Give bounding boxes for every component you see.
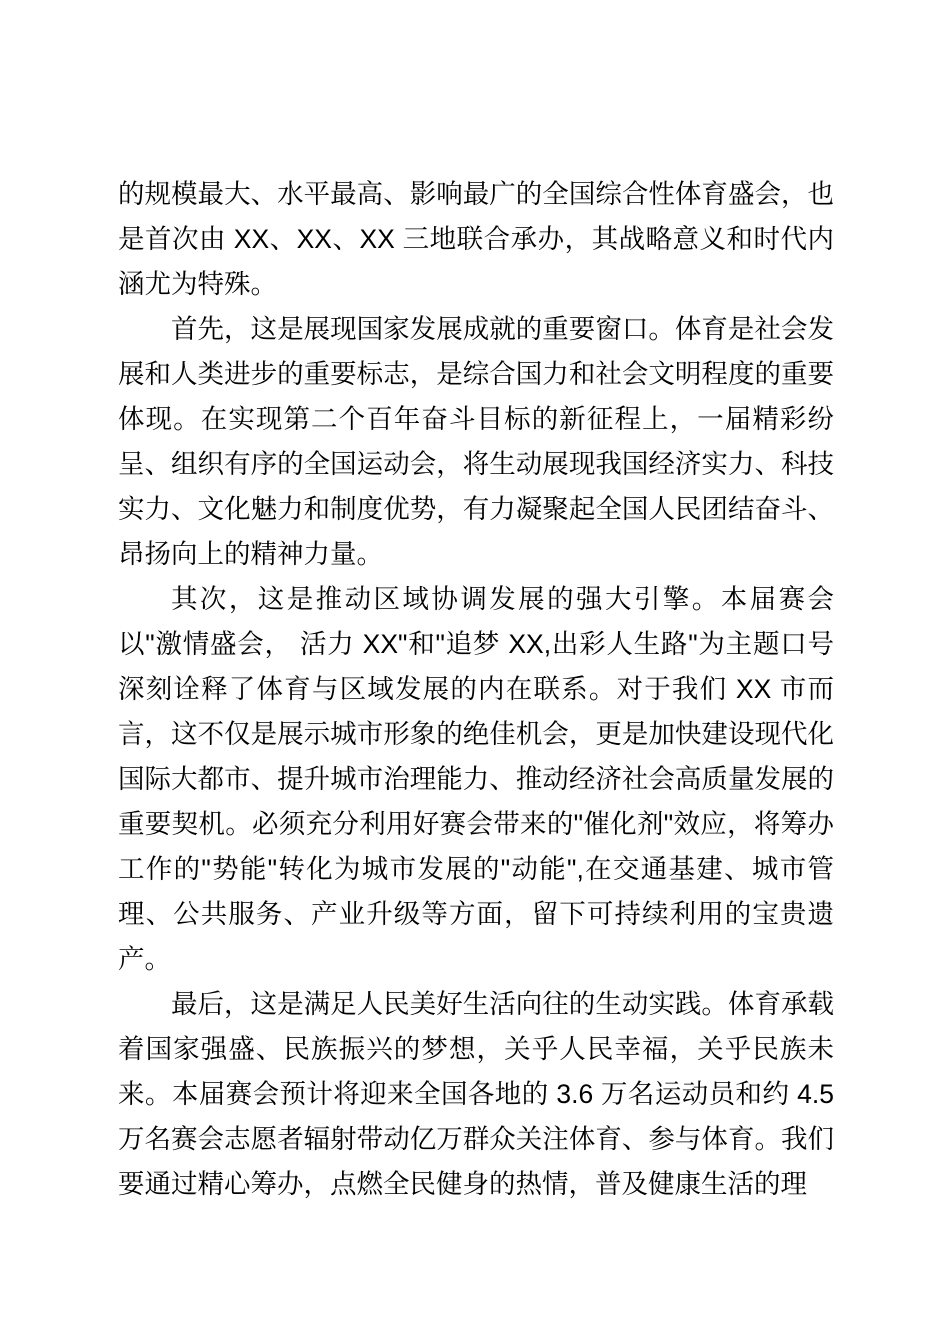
paragraph-point-last: 最后，这是满足人民美好生活向往的生动实践。体育承载着国家强盛、民族振兴的梦想，关… [118, 982, 834, 1207]
document-page: 的规模最大、水平最高、影响最广的全国综合性体育盛会，也是首次由 XX、XX、XX… [0, 0, 950, 1344]
paragraph-point-second: 其次，这是推动区域协调发展的强大引擎。本届赛会以"激情盛会， 活力 XX"和"追… [118, 577, 834, 982]
paragraph-point-first: 首先，这是展现国家发展成就的重要窗口。体育是社会发展和人类进步的重要标志，是综合… [118, 307, 834, 577]
paragraph-continuation: 的规模最大、水平最高、影响最广的全国综合性体育盛会，也是首次由 XX、XX、XX… [118, 172, 834, 307]
document-body: 的规模最大、水平最高、影响最广的全国综合性体育盛会，也是首次由 XX、XX、XX… [118, 172, 834, 1207]
